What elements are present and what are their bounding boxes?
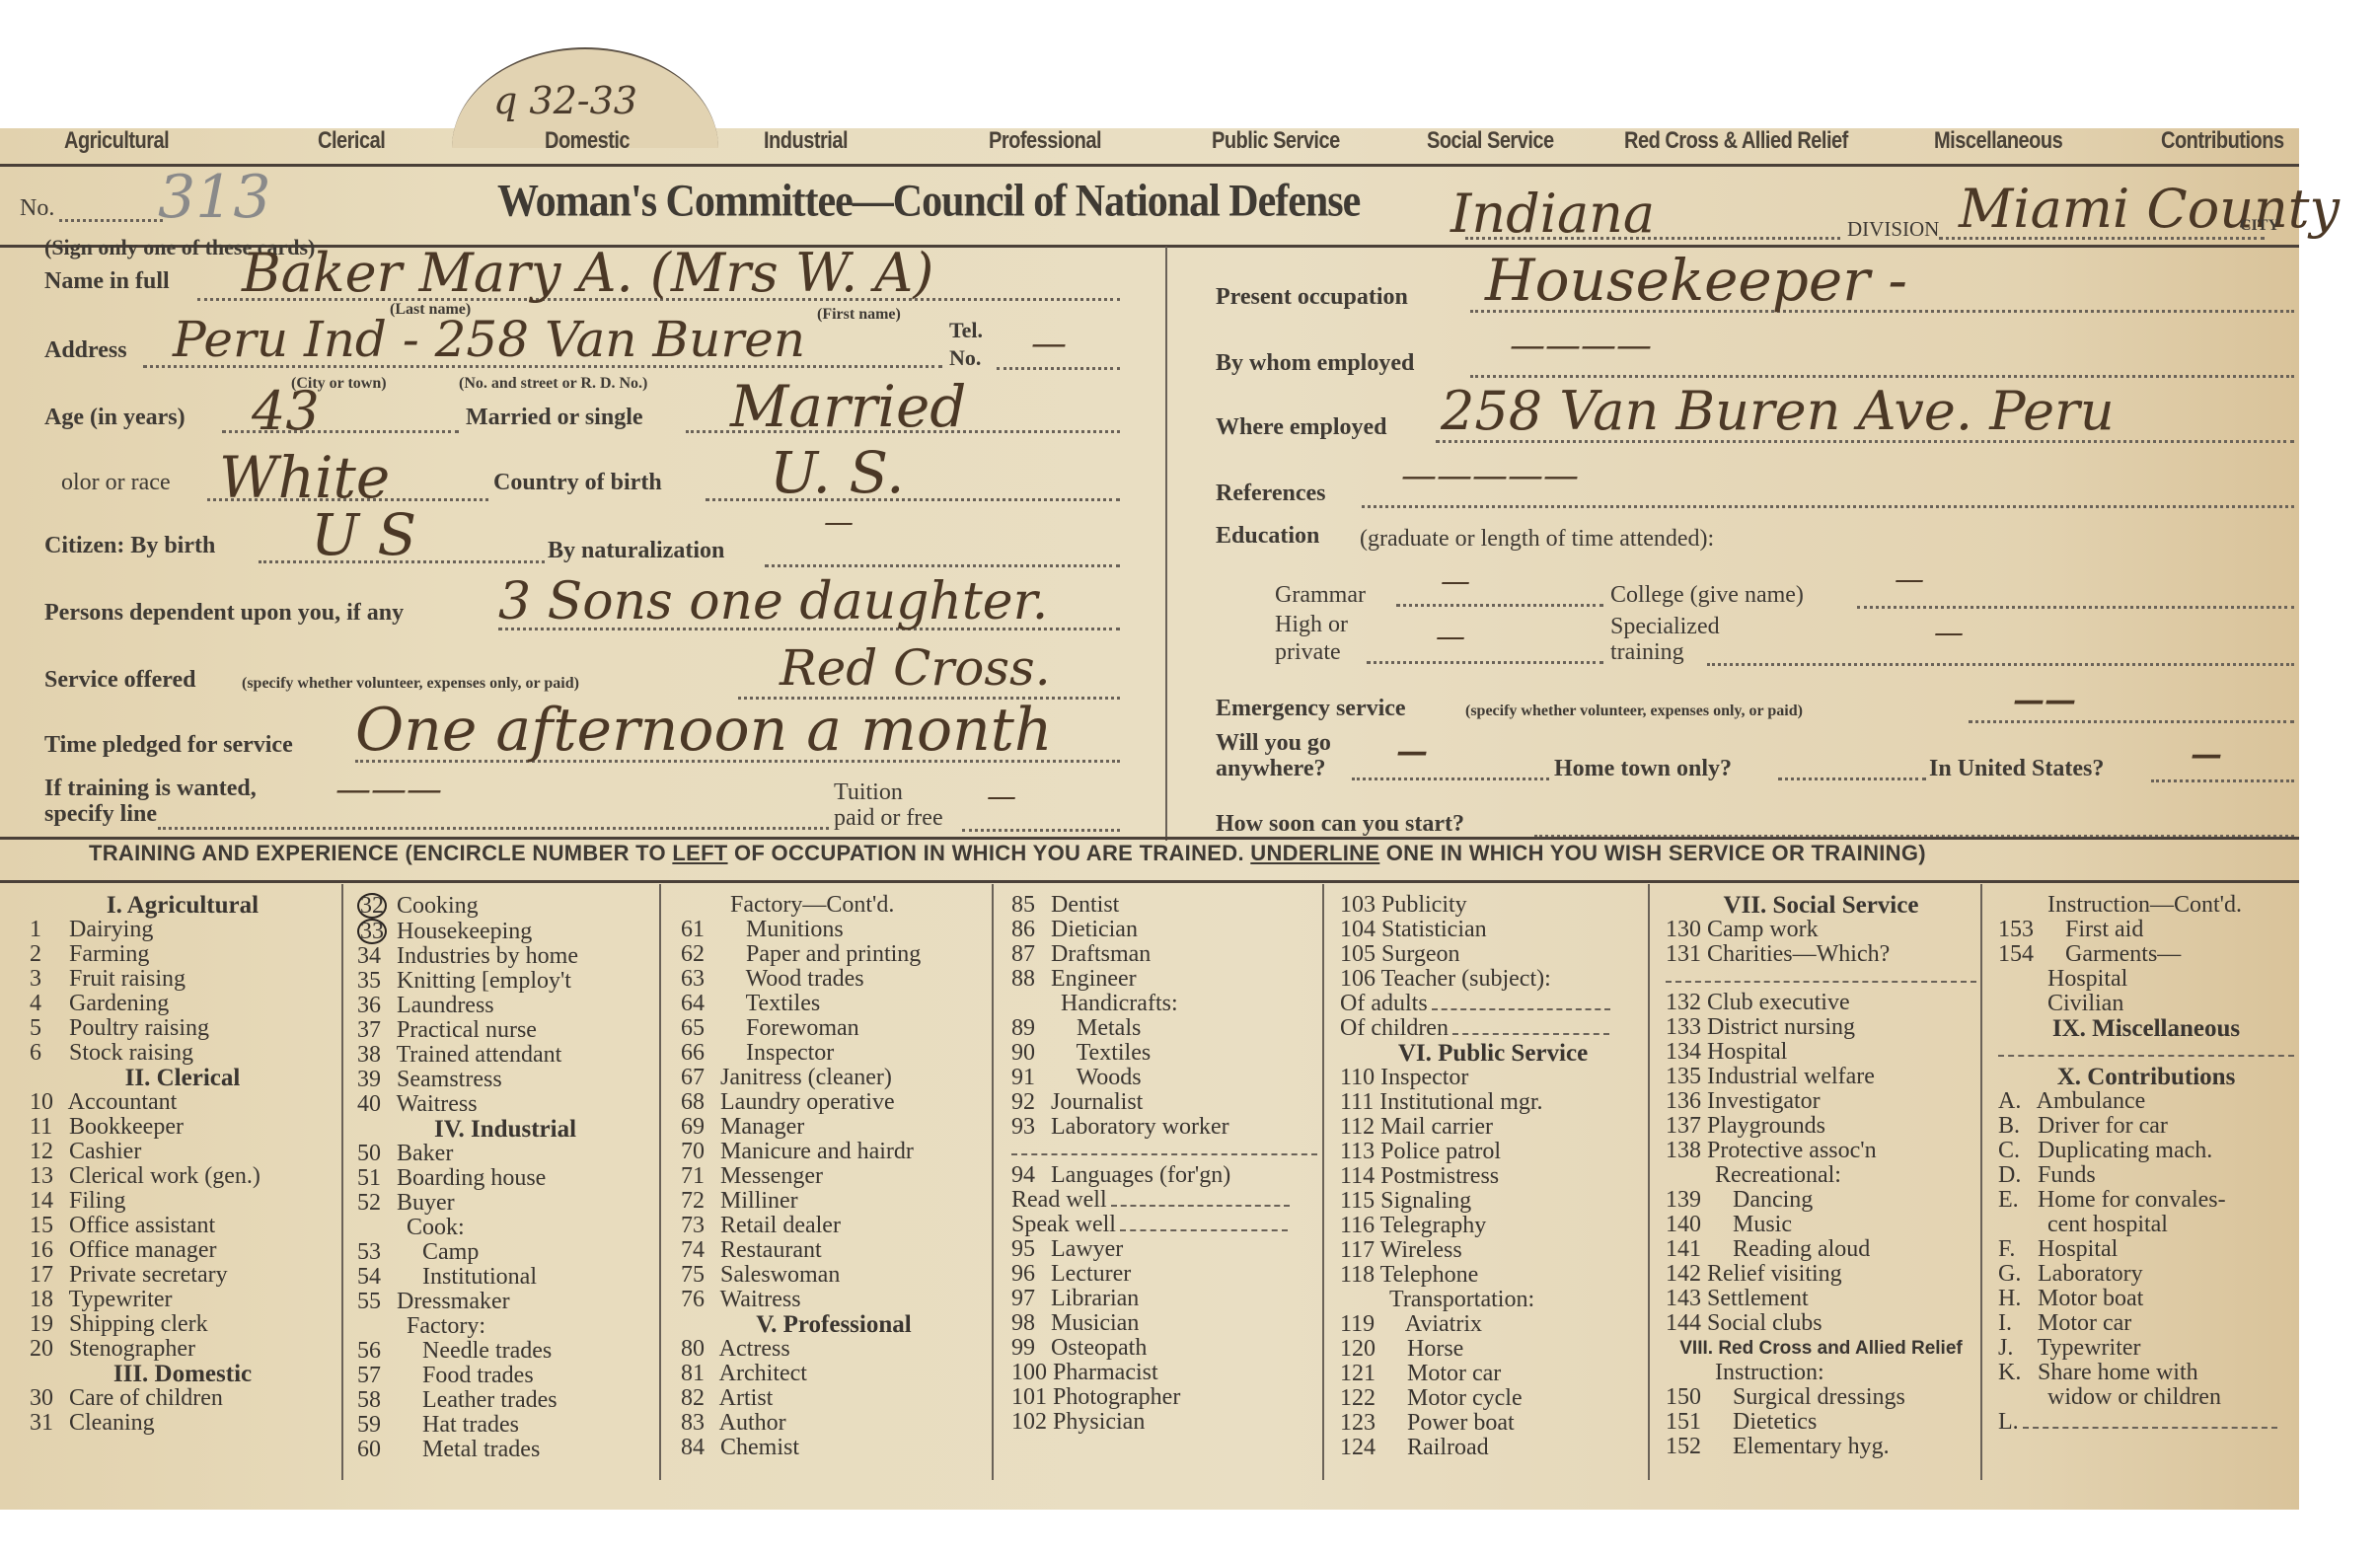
occupation-number[interactable]: 64 [681, 992, 714, 1016]
occupation-number[interactable]: 150 [1666, 1385, 1701, 1410]
occupation-number[interactable]: 83 [681, 1411, 714, 1436]
occupation-item[interactable]: 90 Textiles [1011, 1041, 1317, 1066]
occupation-number[interactable]: 135 [1666, 1065, 1701, 1089]
occupation-label: Laundress [391, 993, 494, 1018]
occupation-item[interactable]: 94 Languages (for'gn) [1011, 1163, 1317, 1188]
occupation-item[interactable]: 96 Lecturer [1011, 1262, 1317, 1287]
occupation-item[interactable]: 119 Aviatrix [1340, 1312, 1646, 1337]
occupation-item[interactable]: G. Laboratory [1998, 1262, 2294, 1287]
time-value[interactable]: One afternoon a month [355, 696, 1053, 765]
occupation-item[interactable]: 65 Forewoman [681, 1016, 987, 1041]
occupation-item[interactable]: 32 Cooking [357, 893, 653, 919]
occupation-item[interactable]: C. Duplicating mach. [1998, 1139, 2294, 1163]
occupation-number[interactable]: 97 [1011, 1287, 1045, 1311]
state-value[interactable]: Indiana [1450, 183, 1655, 245]
occupation-value[interactable]: Housekeeper - [1485, 247, 1907, 314]
occupation-item[interactable]: 10 Accountant [30, 1090, 335, 1115]
occupation-item[interactable]: 142 Relief visiting [1666, 1262, 1976, 1287]
occupation-item[interactable]: 75 Saleswoman [681, 1263, 987, 1288]
occupation-item[interactable]: 39 Seamstress [357, 1068, 653, 1092]
occupation-item[interactable]: 112 Mail carrier [1340, 1115, 1646, 1140]
fill-in-field[interactable]: Of children [1340, 1016, 1646, 1041]
occupation-number[interactable]: 55 [357, 1290, 391, 1314]
occupation-number[interactable]: 37 [357, 1018, 391, 1043]
occupation-number[interactable]: 105 [1340, 942, 1376, 967]
occupation-number[interactable]: 152 [1666, 1435, 1701, 1459]
occupation-number[interactable]: 6 [30, 1041, 63, 1066]
county-value[interactable]: Miami County [1959, 178, 2340, 240]
fill-in-field[interactable]: Read well [1011, 1188, 1317, 1213]
occupation-number[interactable]: 96 [1011, 1262, 1045, 1287]
occupation-item[interactable]: 68 Laundry operative [681, 1090, 987, 1115]
occupation-number[interactable]: H. [1998, 1287, 2032, 1311]
occupation-number[interactable]: 2 [30, 942, 63, 967]
occupation-item[interactable]: 144 Social clubs [1666, 1311, 1976, 1336]
occupation-item[interactable]: 17 Private secretary [30, 1263, 335, 1288]
occupation-item[interactable]: 19 Shipping clerk [30, 1312, 335, 1337]
occupation-item[interactable]: 51 Boarding house [357, 1166, 653, 1191]
occupation-item[interactable]: 12 Cashier [30, 1140, 335, 1164]
occupation-item[interactable]: 141 Reading aloud [1666, 1237, 1976, 1262]
occupation-number[interactable]: 101 [1011, 1385, 1047, 1410]
occupation-number[interactable]: 67 [681, 1066, 714, 1090]
occupation-number[interactable]: 104 [1340, 918, 1376, 942]
occupation-item[interactable]: 13 Clerical work (gen.) [30, 1164, 335, 1189]
blank-line[interactable] [1998, 1055, 2294, 1057]
occupation-item[interactable]: 36 Laundress [357, 994, 653, 1018]
occupation-number[interactable]: 81 [681, 1362, 714, 1386]
occupation-item[interactable]: 18 Typewriter [30, 1288, 335, 1312]
occupation-number[interactable]: 151 [1666, 1410, 1701, 1435]
citizen-value[interactable]: U S [311, 501, 416, 568]
occupation-number[interactable]: 143 [1666, 1287, 1701, 1311]
occupation-item[interactable]: 55 Dressmaker [357, 1290, 653, 1314]
category-tab-public-service: Public Service [1212, 128, 1340, 156]
occupation-item[interactable]: 57 Food trades [357, 1364, 653, 1388]
occupation-item[interactable]: 101 Photographer [1011, 1385, 1317, 1410]
occupation-item[interactable]: 123 Power boat [1340, 1411, 1646, 1436]
occupation-item[interactable]: 34 Industries by home [357, 944, 653, 969]
occupation-number[interactable]: 85 [1011, 893, 1045, 918]
occupation-item[interactable]: 88 Engineer [1011, 967, 1317, 992]
occupation-item[interactable]: 95 Lawyer [1011, 1237, 1317, 1262]
occupation-item[interactable]: 114 Postmistress [1340, 1164, 1646, 1189]
occupation-item[interactable]: 30 Care of children [30, 1386, 335, 1411]
occupation-number[interactable]: 141 [1666, 1237, 1701, 1262]
occupation-number[interactable]: 70 [681, 1140, 714, 1164]
occupation-label: Club executive [1701, 990, 1850, 1015]
occupation-item[interactable]: 71 Messenger [681, 1164, 987, 1189]
occupation-item[interactable]: 120 Horse [1340, 1337, 1646, 1362]
occupation-number[interactable]: 63 [681, 967, 714, 992]
occupation-number[interactable]: 35 [357, 969, 391, 994]
occupation-number[interactable]: 52 [357, 1191, 391, 1216]
occupation-number[interactable]: 86 [1011, 918, 1045, 942]
occupation-item[interactable]: 140 Music [1666, 1213, 1976, 1237]
occupation-number[interactable]: 40 [357, 1092, 391, 1117]
blank-line[interactable] [1011, 1153, 1317, 1155]
occupation-item[interactable]: 105 Surgeon [1340, 942, 1646, 967]
occupation-number[interactable]: 5 [30, 1016, 63, 1041]
occupation-item[interactable]: 54 Institutional [357, 1265, 653, 1290]
occupation-item[interactable]: 151 Dietetics [1666, 1410, 1976, 1435]
occupation-number[interactable]: C. [1998, 1139, 2032, 1163]
occupation-item[interactable]: H. Motor boat [1998, 1287, 2294, 1311]
blank-line[interactable] [1666, 981, 1976, 983]
specialized-value[interactable]: — [1934, 616, 1964, 650]
occupation-item[interactable]: 85 Dentist [1011, 893, 1317, 918]
occupation-item[interactable]: 93 Laboratory worker [1011, 1115, 1317, 1140]
occupation-item[interactable]: K. Share home with [1998, 1361, 2294, 1385]
occupation-number[interactable]: 121 [1340, 1362, 1376, 1386]
occupation-number[interactable]: 89 [1011, 1016, 1045, 1041]
occupation-number[interactable]: 39 [357, 1068, 391, 1092]
occupation-number[interactable]: 31 [30, 1411, 63, 1436]
occupation-item[interactable]: 6 Stock raising [30, 1041, 335, 1066]
occupation-number[interactable]: 32 [357, 893, 391, 919]
occupation-item[interactable]: 92 Journalist [1011, 1090, 1317, 1115]
occupation-number[interactable]: 1 [30, 918, 63, 942]
occupation-number[interactable]: 87 [1011, 942, 1045, 967]
occupation-number[interactable]: 106 [1340, 967, 1376, 992]
occupation-number[interactable]: 69 [681, 1115, 714, 1140]
occupation-number[interactable]: 60 [357, 1438, 391, 1462]
tuition-label: Tuition [834, 779, 903, 806]
occupation-item[interactable]: 153 First aid [1998, 918, 2294, 942]
occupation-item[interactable]: 121 Motor car [1340, 1362, 1646, 1386]
occupation-number[interactable]: 65 [681, 1016, 714, 1041]
occupation-number[interactable]: 62 [681, 942, 714, 967]
occupation-item[interactable]: 5 Poultry raising [30, 1016, 335, 1041]
occupation-number[interactable]: 16 [30, 1238, 63, 1263]
us-value[interactable]: — [2191, 735, 2222, 773]
occupation-item[interactable]: 20 Stenographer [30, 1337, 335, 1362]
occupation-item[interactable]: 67 Janitress (cleaner) [681, 1066, 987, 1090]
occupation-number[interactable]: 102 [1011, 1410, 1047, 1435]
occupation-number[interactable]: 122 [1340, 1386, 1376, 1411]
occupation-number[interactable]: 15 [30, 1214, 63, 1238]
occupation-item[interactable]: 38 Trained attendant [357, 1043, 653, 1068]
emergency-value[interactable]: —— [2013, 681, 2076, 718]
card-number-value[interactable]: 313 [158, 163, 271, 232]
occupation-number[interactable]: 13 [30, 1164, 63, 1189]
occupation-number[interactable]: 110 [1340, 1066, 1375, 1090]
occupation-number[interactable]: 136 [1666, 1089, 1701, 1114]
occupation-number[interactable]: 142 [1666, 1262, 1701, 1287]
occupation-number[interactable]: 98 [1011, 1311, 1045, 1336]
occupation-item[interactable]: I. Motor car [1998, 1311, 2294, 1336]
occupation-item[interactable]: 143 Settlement [1666, 1287, 1976, 1311]
occupation-item[interactable]: 84 Chemist [681, 1436, 987, 1460]
occupation-number[interactable]: 134 [1666, 1040, 1701, 1065]
occupation-item[interactable]: 64 Textiles [681, 992, 987, 1016]
occupation-number[interactable]: 117 [1340, 1238, 1375, 1263]
occupation-item[interactable]: 72 Milliner [681, 1189, 987, 1214]
occupation-number[interactable]: 17 [30, 1263, 63, 1288]
grammar-value[interactable]: — [1441, 564, 1470, 599]
occupation-number[interactable]: 124 [1340, 1436, 1376, 1460]
occupation-item[interactable]: 134 Hospital [1666, 1040, 1976, 1065]
occupation-item[interactable]: F. Hospital [1998, 1237, 2294, 1262]
occupation-item[interactable]: B. Driver for car [1998, 1114, 2294, 1139]
occupation-item[interactable]: 100 Pharmacist [1011, 1361, 1317, 1385]
race-label: olor or race [61, 470, 171, 496]
occupation-item[interactable]: 124 Railroad [1340, 1436, 1646, 1460]
service-value[interactable]: Red Cross. [780, 639, 1051, 697]
occupation-number[interactable]: 91 [1011, 1066, 1045, 1090]
occupation-item[interactable]: 14 Filing [30, 1189, 335, 1214]
occupation-item[interactable]: 118 Telephone [1340, 1263, 1646, 1288]
occupation-number[interactable]: 103 [1340, 893, 1376, 918]
occupation-item[interactable]: 53 Camp [357, 1240, 653, 1265]
tel-value[interactable]: — [1031, 324, 1067, 364]
occupation-item[interactable]: 37 Practical nurse [357, 1018, 653, 1043]
occupation-item[interactable]: 61 Munitions [681, 918, 987, 942]
occupation-item[interactable]: 2 Farming [30, 942, 335, 967]
occupation-item[interactable]: 15 Office assistant [30, 1214, 335, 1238]
occupation-number[interactable]: 130 [1666, 918, 1701, 942]
occupation-number[interactable]: 20 [30, 1337, 63, 1362]
married-value[interactable]: Married [730, 373, 966, 440]
occupation-item[interactable]: 3 Fruit raising [30, 967, 335, 992]
occupation-number[interactable]: 92 [1011, 1090, 1045, 1115]
occupation-item[interactable]: 50 Baker [357, 1142, 653, 1166]
occupation-number[interactable]: 100 [1011, 1361, 1047, 1385]
occupation-number[interactable]: 90 [1011, 1041, 1045, 1066]
occupation-number[interactable]: 19 [30, 1312, 63, 1337]
address-value[interactable]: Peru Ind - 258 Van Buren [173, 311, 805, 368]
occupation-item[interactable]: 104 Statistician [1340, 918, 1646, 942]
occupation-number[interactable]: 57 [357, 1364, 391, 1388]
occupation-label: Chemist [714, 1435, 799, 1460]
occupation-label: Elementary hyg. [1701, 1434, 1890, 1459]
occupation-number[interactable]: 61 [681, 918, 714, 942]
occupation-item[interactable]: 69 Manager [681, 1115, 987, 1140]
occupation-item[interactable]: 97 Librarian [1011, 1287, 1317, 1311]
occupation-item[interactable]: 154 Garments— [1998, 942, 2294, 967]
occupation-item[interactable]: 152 Elementary hyg. [1666, 1435, 1976, 1459]
occupation-number[interactable]: 14 [30, 1189, 63, 1214]
high-value[interactable]: — [1436, 620, 1465, 654]
fill-in-field[interactable]: Of adults [1340, 992, 1646, 1016]
occupation-item[interactable]: 133 District nursing [1666, 1015, 1976, 1040]
references-value[interactable]: ————— [1401, 456, 1579, 496]
occupation-number[interactable]: 74 [681, 1238, 714, 1263]
occupation-number[interactable]: 99 [1011, 1336, 1045, 1361]
occupation-number[interactable]: 56 [357, 1339, 391, 1364]
occupation-item[interactable]: 73 Retail dealer [681, 1214, 987, 1238]
occupation-item[interactable]: 135 Industrial welfare [1666, 1065, 1976, 1089]
occupation-item[interactable]: 66 Inspector [681, 1041, 987, 1066]
occupation-item[interactable]: 110 Inspector [1340, 1066, 1646, 1090]
occupation-item[interactable]: 99 Osteopath [1011, 1336, 1317, 1361]
occupation-number[interactable]: 120 [1340, 1337, 1376, 1362]
occupation-item[interactable]: 60 Metal trades [357, 1438, 653, 1462]
occupation-number[interactable]: 59 [357, 1413, 391, 1438]
occupation-number[interactable]: 68 [681, 1090, 714, 1115]
occupation-item[interactable]: 40 Waitress [357, 1092, 653, 1117]
instructions-part-2: OF OCCUPATION IN WHICH YOU ARE TRAINED. [728, 841, 1251, 865]
age-value[interactable]: 43 [252, 380, 320, 442]
occupation-number[interactable]: 119 [1340, 1312, 1375, 1337]
occupation-number[interactable]: 12 [30, 1140, 63, 1164]
occupation-item[interactable]: 87 Draftsman [1011, 942, 1317, 967]
occupation-item[interactable]: 83 Author [681, 1411, 987, 1436]
occupation-number[interactable]: 84 [681, 1436, 714, 1460]
occupation-number[interactable]: 50 [357, 1142, 391, 1166]
occupation-number[interactable]: B. [1998, 1114, 2032, 1139]
occupation-number[interactable]: F. [1998, 1237, 2032, 1262]
occupation-item[interactable]: 4 Gardening [30, 992, 335, 1016]
occupation-number[interactable]: 11 [30, 1115, 63, 1140]
occupation-number[interactable]: I. [1998, 1311, 2032, 1336]
occupation-number[interactable]: 140 [1666, 1213, 1701, 1237]
occupation-label: Draftsman [1045, 941, 1151, 967]
occupation-number[interactable]: 30 [30, 1386, 63, 1411]
occupation-item[interactable]: 139 Dancing [1666, 1188, 1976, 1213]
occupation-number[interactable]: 115 [1340, 1189, 1375, 1214]
occupation-number[interactable]: 71 [681, 1164, 714, 1189]
occupation-number[interactable]: E. [1998, 1188, 2032, 1213]
occupation-number[interactable]: 4 [30, 992, 63, 1016]
occupation-number[interactable]: 88 [1011, 967, 1045, 992]
occupation-item[interactable]: 31 Cleaning [30, 1411, 335, 1436]
occupation-number[interactable]: J. [1998, 1336, 2032, 1361]
occupation-number[interactable]: 58 [357, 1388, 391, 1413]
occupation-item[interactable]: 103 Publicity [1340, 893, 1646, 918]
occupation-item[interactable]: 70 Manicure and hairdr [681, 1140, 987, 1164]
occupation-item[interactable]: 89 Metals [1011, 1016, 1317, 1041]
occupation-item[interactable]: 81 Architect [681, 1362, 987, 1386]
occupation-number[interactable]: 75 [681, 1263, 714, 1288]
occupation-number[interactable]: 18 [30, 1288, 63, 1312]
occupation-item[interactable]: 91 Woods [1011, 1066, 1317, 1090]
occupation-number[interactable]: 114 [1340, 1164, 1375, 1189]
occupation-number[interactable]: 51 [357, 1166, 391, 1191]
occupation-number[interactable]: 80 [681, 1337, 714, 1362]
occupation-number[interactable]: 133 [1666, 1015, 1701, 1040]
occupation-item[interactable]: 150 Surgical dressings [1666, 1385, 1976, 1410]
occupation-item[interactable]: 63 Wood trades [681, 967, 987, 992]
occupation-item[interactable]: 102 Physician [1011, 1410, 1317, 1435]
tuition-value[interactable]: — [987, 779, 1016, 814]
occupation-item[interactable]: 16 Office manager [30, 1238, 335, 1263]
occupation-number[interactable]: 131 [1666, 942, 1701, 967]
occupation-item[interactable]: 131 Charities—Which? [1666, 942, 1976, 967]
occupation-number[interactable]: 3 [30, 967, 63, 992]
occupation-item[interactable]: 80 Actress [681, 1337, 987, 1362]
occupation-item[interactable]: 136 Investigator [1666, 1089, 1976, 1114]
occupation-number[interactable]: 66 [681, 1041, 714, 1066]
occupation-number[interactable]: 94 [1011, 1163, 1045, 1188]
occupation-number[interactable]: 153 [1998, 918, 2034, 942]
occupation-number[interactable]: 54 [357, 1265, 391, 1290]
occupation-item[interactable]: 117 Wireless [1340, 1238, 1646, 1263]
occupation-item[interactable]: 115 Signaling [1340, 1189, 1646, 1214]
occupation-item[interactable]: 58 Leather trades [357, 1388, 653, 1413]
occupation-number[interactable]: 38 [357, 1043, 391, 1068]
occupation-number[interactable]: 113 [1340, 1140, 1375, 1164]
occupation-item[interactable]: 76 Waitress [681, 1288, 987, 1312]
occupation-item[interactable]: 111 Institutional mgr. [1340, 1090, 1646, 1115]
fill-in-field[interactable]: L. [1998, 1410, 2294, 1435]
occupation-item[interactable]: 138 Protective assoc'n [1666, 1139, 1976, 1163]
naturalization-value[interactable]: — [824, 505, 854, 540]
country-value[interactable]: U. S. [770, 439, 905, 506]
occupation-item[interactable]: 74 Restaurant [681, 1238, 987, 1263]
occupation-item[interactable]: 132 Club executive [1666, 991, 1976, 1015]
occupation-number[interactable]: 36 [357, 994, 391, 1018]
occupation-item[interactable]: 86 Dietician [1011, 918, 1317, 942]
occupation-item[interactable]: 11 Bookkeeper [30, 1115, 335, 1140]
occupation-number[interactable]: 132 [1666, 991, 1701, 1015]
occupation-number[interactable]: 10 [30, 1090, 63, 1115]
occupation-item[interactable]: 137 Playgrounds [1666, 1114, 1976, 1139]
occupation-item[interactable]: 1 Dairying [30, 918, 335, 942]
occupation-item[interactable]: 122 Motor cycle [1340, 1386, 1646, 1411]
dependents-value[interactable]: 3 Sons one daughter. [498, 572, 1048, 631]
occupation-item[interactable]: 59 Hat trades [357, 1413, 653, 1438]
occupation-number[interactable]: 72 [681, 1189, 714, 1214]
training-value[interactable]: ——— [335, 770, 442, 810]
occupation-number[interactable]: 82 [681, 1386, 714, 1411]
occupation-number[interactable]: 95 [1011, 1237, 1045, 1262]
employer-value[interactable]: ———— [1510, 326, 1652, 366]
occupation-number[interactable]: 138 [1666, 1139, 1701, 1163]
where-value[interactable]: 258 Van Buren Ave. Peru [1441, 380, 2115, 442]
name-value[interactable]: Baker Mary A. (Mrs W. A) [242, 242, 933, 304]
go-value[interactable]: — [1396, 732, 1428, 770]
occupation-number[interactable]: 93 [1011, 1115, 1045, 1140]
occupation-item[interactable]: 98 Musician [1011, 1311, 1317, 1336]
occupation-item[interactable]: 116 Telegraphy [1340, 1214, 1646, 1238]
occupation-number[interactable]: 73 [681, 1214, 714, 1238]
occupation-item[interactable]: 35 Knitting [employ't [357, 969, 653, 994]
fill-in-field[interactable]: Speak well [1011, 1213, 1317, 1237]
occupation-item[interactable]: 113 Police patrol [1340, 1140, 1646, 1164]
occupation-number[interactable]: 118 [1340, 1263, 1375, 1288]
occupation-number[interactable]: A. [1998, 1089, 2032, 1114]
occupation-item[interactable]: 106 Teacher (subject): [1340, 967, 1646, 992]
occupation-item[interactable]: J. Typewriter [1998, 1336, 2294, 1361]
occupation-number[interactable]: 139 [1666, 1188, 1701, 1213]
occupation-number[interactable]: 34 [357, 944, 391, 969]
occupation-number[interactable]: 33 [357, 919, 391, 944]
occupation-item[interactable]: D. Funds [1998, 1163, 2294, 1188]
occupation-number[interactable]: 154 [1998, 942, 2034, 967]
occupation-item[interactable]: 62 Paper and printing [681, 942, 987, 967]
occupation-item[interactable]: 56 Needle trades [357, 1339, 653, 1364]
college-value[interactable]: — [1895, 562, 1924, 597]
occupation-number[interactable]: 137 [1666, 1114, 1701, 1139]
occupation-item[interactable]: 82 Artist [681, 1386, 987, 1411]
occupation-item[interactable]: 130 Camp work [1666, 918, 1976, 942]
occupation-number[interactable]: K. [1998, 1361, 2032, 1385]
occupation-number[interactable]: 76 [681, 1288, 714, 1312]
occupation-item[interactable]: A. Ambulance [1998, 1089, 2294, 1114]
occupation-number[interactable]: 116 [1340, 1214, 1375, 1238]
occupation-number[interactable]: G. [1998, 1262, 2032, 1287]
occupation-number[interactable]: D. [1998, 1163, 2032, 1188]
occupation-item[interactable]: E. Home for convales- [1998, 1188, 2294, 1213]
occupation-item[interactable]: 33 Housekeeping [357, 919, 653, 944]
occupation-number[interactable]: 144 [1666, 1311, 1701, 1336]
occupation-number[interactable]: 53 [357, 1240, 391, 1265]
occupation-number[interactable]: 123 [1340, 1411, 1376, 1436]
occupation-number[interactable]: 111 [1340, 1090, 1374, 1115]
occupation-item[interactable]: 52 Buyer [357, 1191, 653, 1216]
occupation-number[interactable]: 112 [1340, 1115, 1375, 1140]
